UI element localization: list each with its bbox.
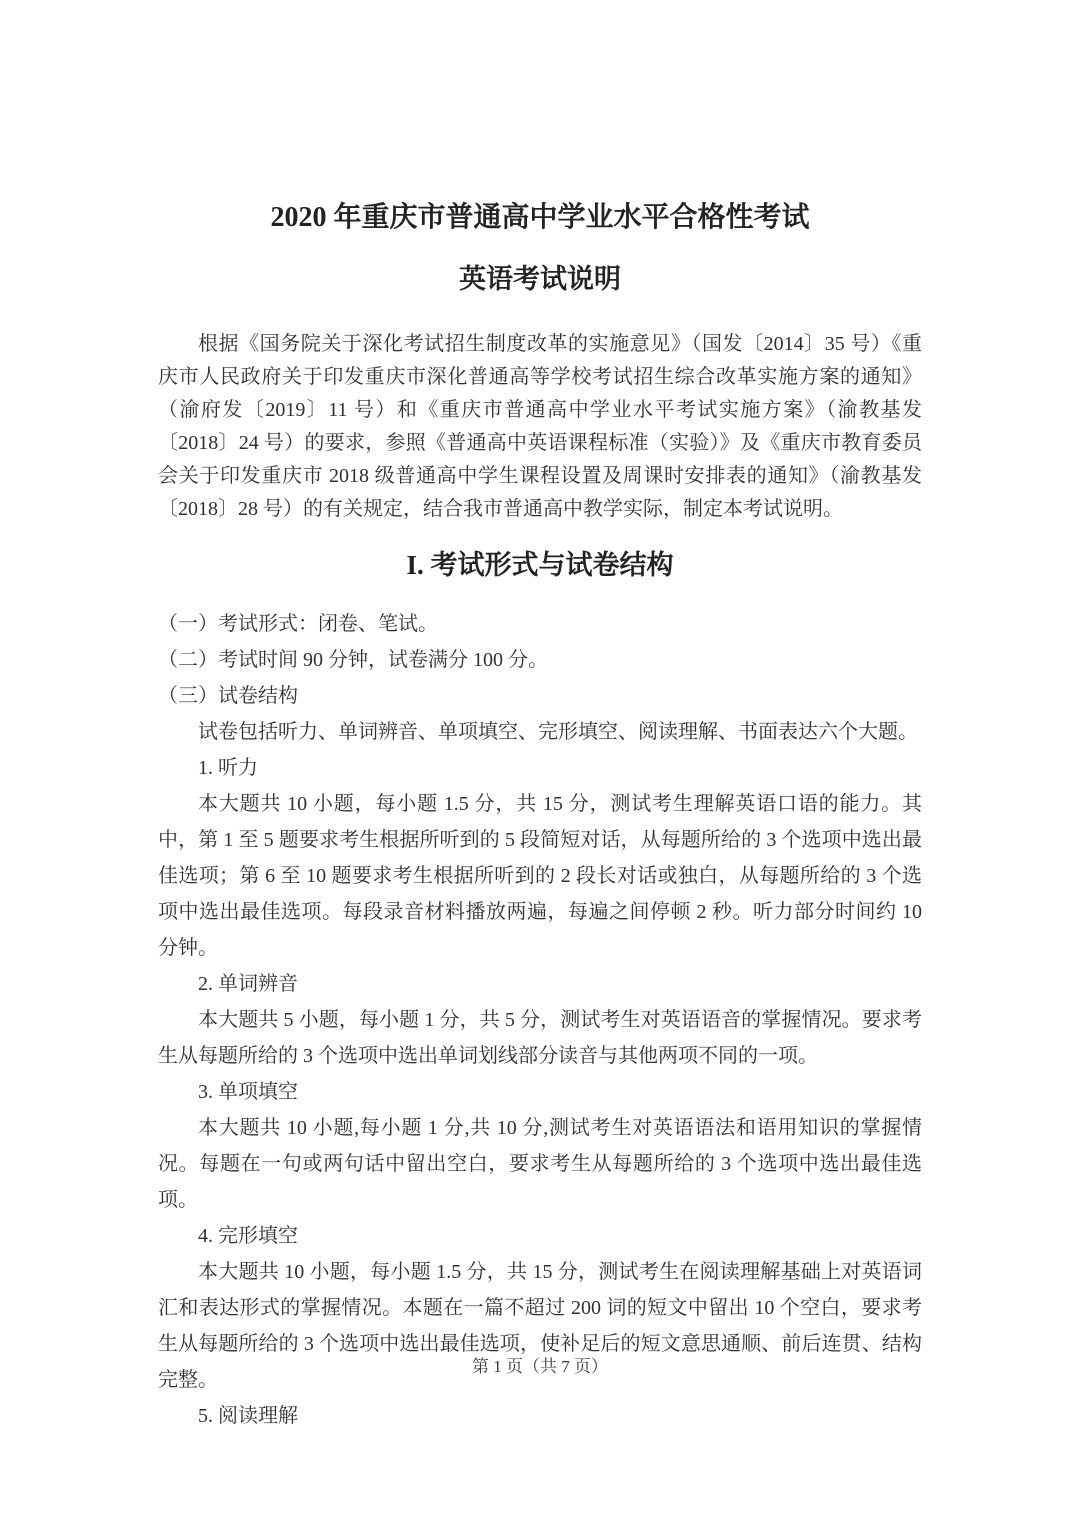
subsection-title-cloze: 4. 完形填空 — [158, 1218, 922, 1254]
subsection-title-single-choice: 3. 单项填空 — [158, 1074, 922, 1110]
document-subtitle: 英语考试说明 — [158, 262, 922, 296]
paper-structure-item: （三）试卷结构 — [158, 678, 922, 714]
document-content: 2020 年重庆市普通高中学业水平合格性考试 英语考试说明 根据《国务院关于深化… — [158, 200, 922, 1434]
subsection-body-listening: 本大题共 10 小题，每小题 1.5 分，共 15 分，测试考生理解英语口语的能… — [158, 786, 922, 966]
structure-overview-paragraph: 试卷包括听力、单词辨音、单项填空、完形填空、阅读理解、书面表达六个大题。 — [158, 714, 922, 750]
page-number-footer: 第 1 页（共 7 页） — [0, 1352, 1080, 1382]
section1-heading: I. 考试形式与试卷结构 — [158, 548, 922, 582]
subsection-title-reading-comprehension: 5. 阅读理解 — [158, 1398, 922, 1434]
subsection-body-word-pronunciation: 本大题共 5 小题，每小题 1 分，共 5 分，测试考生对英语语音的掌握情况。要… — [158, 1002, 922, 1074]
exam-time-item: （二）考试时间 90 分钟，试卷满分 100 分。 — [158, 642, 922, 678]
document-title: 2020 年重庆市普通高中学业水平合格性考试 — [158, 200, 922, 236]
subsection-title-listening: 1. 听力 — [158, 750, 922, 786]
subsection-title-word-pronunciation: 2. 单词辨音 — [158, 966, 922, 1002]
document-page: 2020 年重庆市普通高中学业水平合格性考试 英语考试说明 根据《国务院关于深化… — [0, 0, 1080, 1527]
subsection-body-single-choice: 本大题共 10 小题,每小题 1 分,共 10 分,测试考生对英语语法和语用知识… — [158, 1110, 922, 1218]
intro-paragraph: 根据《国务院关于深化考试招生制度改革的实施意见》（国发〔2014〕35 号）《重… — [158, 328, 922, 526]
exam-form-item: （一）考试形式：闭卷、笔试。 — [158, 606, 922, 642]
